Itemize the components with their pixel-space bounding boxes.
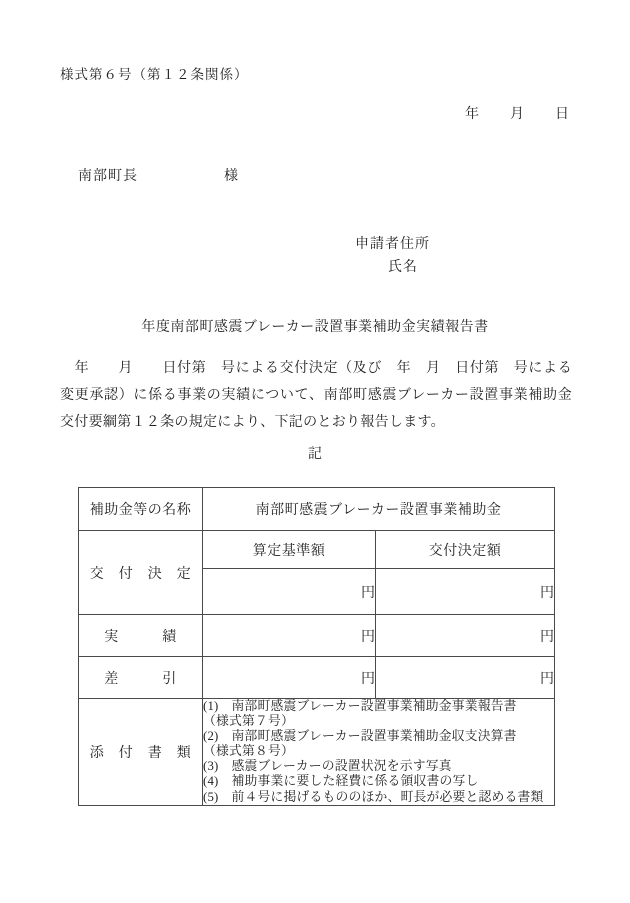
grant-decision-amount-value: 円	[376, 569, 555, 615]
addressee: 南部町長	[78, 169, 138, 184]
form-number: 様式第６号（第１２条関係）	[60, 63, 249, 83]
table-row-grant-decision-header: 交 付 決 定 算定基準額 交付決定額	[79, 531, 555, 569]
calc-base-header: 算定基準額	[203, 531, 376, 569]
grant-decision-label: 交 付 決 定	[79, 531, 203, 615]
attachment-item: (4) 補助事業に要した経費に係る領収書の写し	[203, 774, 554, 789]
attachment-item: (3) 感震ブレーカーの設置状況を示す写真	[203, 759, 554, 774]
applicant-name-label: 氏名	[388, 256, 418, 276]
attachment-item: （様式第８号）	[203, 744, 554, 759]
body-paragraph: 年 月 日付第 号による交付決定（及び 年 月 日付第 号による変更承認）に係る…	[60, 355, 572, 436]
grant-amount-header: 交付決定額	[376, 531, 555, 569]
results-calc-base-value: 円	[203, 615, 376, 657]
table-row-subsidy-name: 補助金等の名称 南部町感震ブレーカー設置事業補助金	[79, 488, 555, 531]
addressee-honorific: 様	[224, 169, 239, 184]
difference-calc-base-value: 円	[203, 657, 376, 699]
difference-label: 差 引	[79, 657, 203, 699]
addressee-row: 南部町長様	[78, 165, 239, 185]
subsidy-name-label: 補助金等の名称	[79, 488, 203, 531]
attachment-item: （様式第７号）	[203, 714, 554, 729]
results-label: 実 績	[79, 615, 203, 657]
table-row-attachments: 添 付 書 類 (1) 南部町感震ブレーカー設置事業補助金事業報告書 （様式第７…	[79, 699, 555, 806]
table-row-difference: 差 引 円 円	[79, 657, 555, 699]
applicant-address-label: 申請者住所	[355, 233, 430, 253]
attachment-item: (1) 南部町感震ブレーカー設置事業補助金事業報告書	[203, 699, 554, 714]
report-table: 補助金等の名称 南部町感震ブレーカー設置事業補助金 交 付 決 定 算定基準額 …	[78, 487, 555, 806]
attachments-list: (1) 南部町感震ブレーカー設置事業補助金事業報告書 （様式第７号） (2) 南…	[203, 699, 555, 806]
attachment-item: (5) 前４号に掲げるもののほか、町長が必要と認める書類	[203, 790, 554, 805]
date-line: 年 月 日	[465, 103, 570, 123]
grant-decision-calc-base-value: 円	[203, 569, 376, 615]
difference-amount-value: 円	[376, 657, 555, 699]
record-marker: 記	[0, 443, 630, 463]
subsidy-name-value: 南部町感震ブレーカー設置事業補助金	[203, 488, 555, 531]
table-row-results: 実 績 円 円	[79, 615, 555, 657]
attachments-label: 添 付 書 類	[79, 699, 203, 806]
attachment-item: (2) 南部町感震ブレーカー設置事業補助金収支決算書	[203, 729, 554, 744]
document-page: 様式第６号（第１２条関係） 年 月 日 南部町長様 申請者住所 氏名 年度南部町…	[0, 0, 630, 903]
document-title: 年度南部町感震ブレーカー設置事業補助金実績報告書	[0, 316, 630, 336]
results-amount-value: 円	[376, 615, 555, 657]
